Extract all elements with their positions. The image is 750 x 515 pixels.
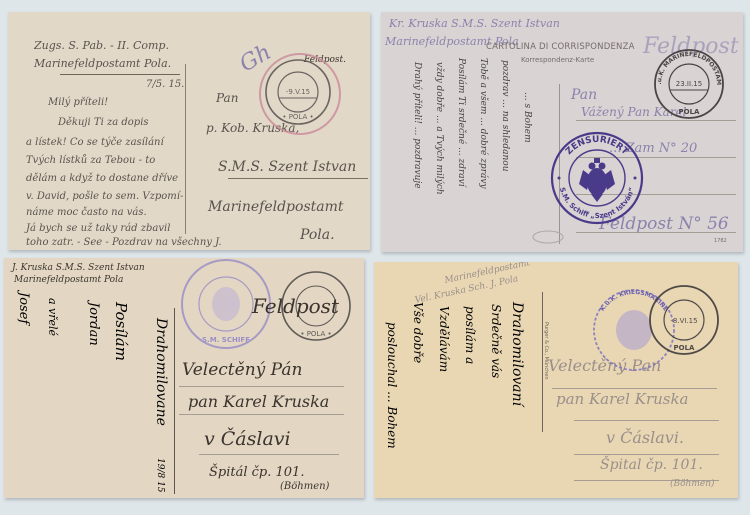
card-divider <box>185 64 186 234</box>
address-line-rule <box>574 420 719 421</box>
postcard-bottom-right: Marinefeldpostamt Vel. Kruska Sch. J. Po… <box>374 262 738 498</box>
feldpost-annotation: Feldpost <box>252 296 339 316</box>
message-column: poslouchal ... Bohem <box>386 322 398 449</box>
address-line-rule <box>179 386 344 387</box>
address-line-rule <box>574 454 719 455</box>
message-date: 19/8 15 <box>155 458 164 493</box>
address-line: Marinefeldpostamt <box>208 200 344 214</box>
sender-line-1: Kr. Kruska S.M.S. Szent Istvan <box>389 18 560 29</box>
address-line-rule <box>199 454 339 455</box>
message-line: náme moc často na vás. <box>26 208 147 218</box>
message-line: Milý příteli! <box>48 98 108 108</box>
svg-text:POLA: POLA <box>679 108 701 116</box>
message-line: a lístek! Co se týče zasílání <box>26 138 164 148</box>
faded-message-column: pozdrav ... na shledanou <box>500 60 509 172</box>
svg-text:-9.V.15: -9.V.15 <box>286 88 310 96</box>
address-line: Pan <box>216 92 238 104</box>
message-date: 7/5. 15. <box>146 80 184 90</box>
message-line: v. David, pošle to sem. Vzpomí- <box>26 192 183 202</box>
sender-line-2: Marinefeldpostamt Pola <box>14 276 123 285</box>
address-line: Pola. <box>300 228 335 242</box>
message-column: Jordan <box>87 302 100 346</box>
faded-message-column: Drahý příteli! ... pozdravuje <box>412 62 421 189</box>
faded-message-column: Tobě a všem ... dobré zprávy <box>478 58 487 189</box>
address-line: S.M.S. Szent Istvan <box>218 160 356 174</box>
message-column: Drahomilovaní <box>510 302 524 406</box>
message-column: Josef <box>17 292 30 324</box>
address-line-rule <box>552 388 717 389</box>
address-line: Velectěný Pán <box>182 362 302 379</box>
svg-text:23.II.15: 23.II.15 <box>676 80 702 88</box>
message-line: Děkuji Ti za dopis <box>58 118 149 128</box>
sender-line-2: Marinefeldpostamt Pola. <box>34 58 171 69</box>
faded-message-column: ... s Bohem <box>522 92 531 143</box>
message-column: Posílám <box>113 302 128 361</box>
address-line: Špital čp. 101. <box>600 458 703 472</box>
faded-message-column: vždy dobře ... a Tvých milých <box>434 62 443 195</box>
pola-postmark: -8.VI.15 POLA <box>646 282 726 362</box>
small-printer-oval <box>531 230 565 244</box>
printed-header-subtitle: Korrespondenz-Karte <box>521 56 594 64</box>
pola-postmark: -9.V.15 • POLA • <box>260 56 340 136</box>
address-line: Špitál čp. 101. <box>209 466 304 479</box>
message-line: toho zatr. - See - Pozdrav na všechny J. <box>26 238 222 248</box>
printer-mark: 1782 <box>714 238 727 244</box>
card-divider <box>174 308 175 494</box>
faded-message-column: Posílám Ti srdečné ... zdraví <box>456 58 465 187</box>
svg-text:• POLA •: • POLA • <box>300 330 331 338</box>
message-line: Já bych se už taky rád zbavil <box>26 224 170 234</box>
postcard-top-left: Zugs. S. Pab. - II. Comp. Marinefeldpost… <box>8 12 370 250</box>
sender-underline <box>60 74 180 75</box>
message-line: dělám a když to dostane dříve <box>26 174 178 184</box>
sender-line-1: Zugs. S. Pab. - II. Comp. <box>34 40 169 51</box>
message-column: Vše dobře <box>412 302 424 363</box>
message-column: Drahomilovane <box>154 318 168 426</box>
address-line: v Čáslavi <box>204 430 291 449</box>
sender-line-1: J. Kruska S.M.S. Szent Istvan <box>12 264 145 273</box>
address-line: (Böhmen) <box>280 482 329 492</box>
svg-text:S.M. SCHIFF: S.M. SCHIFF <box>202 336 250 344</box>
message-column: Vzdělávám <box>438 306 450 372</box>
message-column: a vřelé <box>47 298 58 336</box>
svg-text:-8.VI.15: -8.VI.15 <box>670 317 697 325</box>
address-line: v Čáslavi. <box>606 430 684 446</box>
pola-postmark: 23.II.15 K.u.K. MARINEFELDPOSTAMT POLA <box>651 46 731 126</box>
double-headed-eagle-icon <box>579 158 615 202</box>
zensuriert-szent-istvan-stamp: ZENSURIERT S.M. Schiff „Szent István“ <box>549 130 649 230</box>
postcard-bottom-left: J. Kruska S.M.S. Szent Istvan Marinefeld… <box>4 258 364 498</box>
address-line-rule <box>179 414 344 415</box>
message-column: Srdečně vás <box>490 304 502 378</box>
svg-text:• POLA •: • POLA • <box>282 113 313 121</box>
address-line: Pan <box>571 88 597 102</box>
address-line: pan Karel Kruska <box>556 392 689 407</box>
printed-header-title: CARTOLINA DI CORRISPONDENZA <box>486 42 635 52</box>
address-line: (Böhmen) <box>670 480 715 489</box>
svg-text:K.u.K. MARINEFELDPOSTAMT: K.u.K. MARINEFELDPOSTAMT <box>649 41 722 85</box>
message-line: Tvých lístků za Tebou - to <box>26 156 155 166</box>
address-line: pan Karel Kruska <box>188 394 329 410</box>
svg-text:POLA: POLA <box>674 344 696 352</box>
address-underline <box>228 178 368 179</box>
message-column: posílám a <box>464 306 476 364</box>
postcard-top-right: Kr. Kruska S.M.S. Szent Istvan Marinefel… <box>381 12 743 252</box>
